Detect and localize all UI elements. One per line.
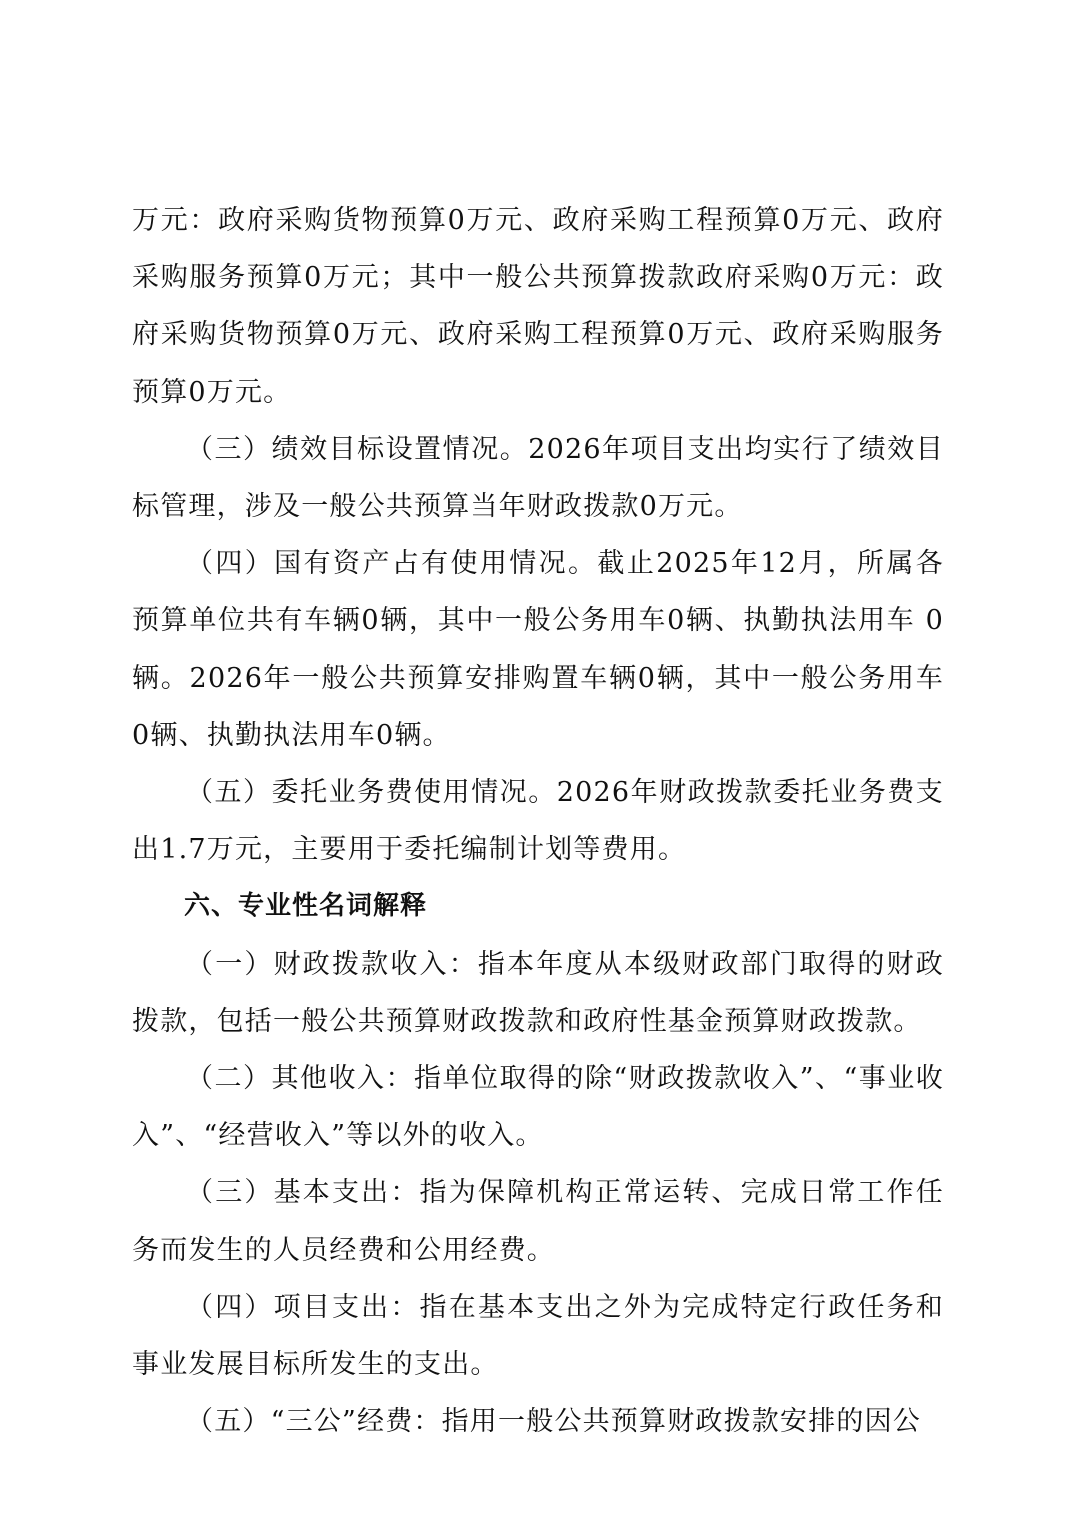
paragraph-performance-goals: （三）绩效目标设置情况。2026年项目支出均实行了绩效目标管理，涉及一般公共预算… [132, 421, 944, 535]
document-page: 万元：政府采购货物预算0万元、政府采购工程预算0万元、政府采购服务预算0万元；其… [132, 192, 944, 1450]
term-project-expenditure: （四）项目支出：指在基本支出之外为完成特定行政任务和事业发展目标所发生的支出。 [132, 1279, 944, 1393]
paragraph-entrusted-business-fees: （五）委托业务费使用情况。2026年财政拨款委托业务费支出1.7万元，主要用于委… [132, 764, 944, 878]
paragraph-gov-procurement-continuation: 万元：政府采购货物预算0万元、政府采购工程预算0万元、政府采购服务预算0万元；其… [132, 192, 944, 421]
paragraph-state-assets: （四）国有资产占有使用情况。截止2025年12月，所属各预算单位共有车辆0辆，其… [132, 535, 944, 764]
section-heading-terminology: 六、专业性名词解释 [132, 878, 944, 935]
term-three-public-expenses: （五）“三公”经费：指用一般公共预算财政拨款安排的因公 [132, 1393, 944, 1450]
term-other-income: （二）其他收入：指单位取得的除“财政拨款收入”、“事业收入”、“经营收入”等以外… [132, 1050, 944, 1164]
term-fiscal-appropriation-income: （一）财政拨款收入：指本年度从本级财政部门取得的财政拨款，包括一般公共预算财政拨… [132, 936, 944, 1050]
term-basic-expenditure: （三）基本支出：指为保障机构正常运转、完成日常工作任务而发生的人员经费和公用经费… [132, 1164, 944, 1278]
